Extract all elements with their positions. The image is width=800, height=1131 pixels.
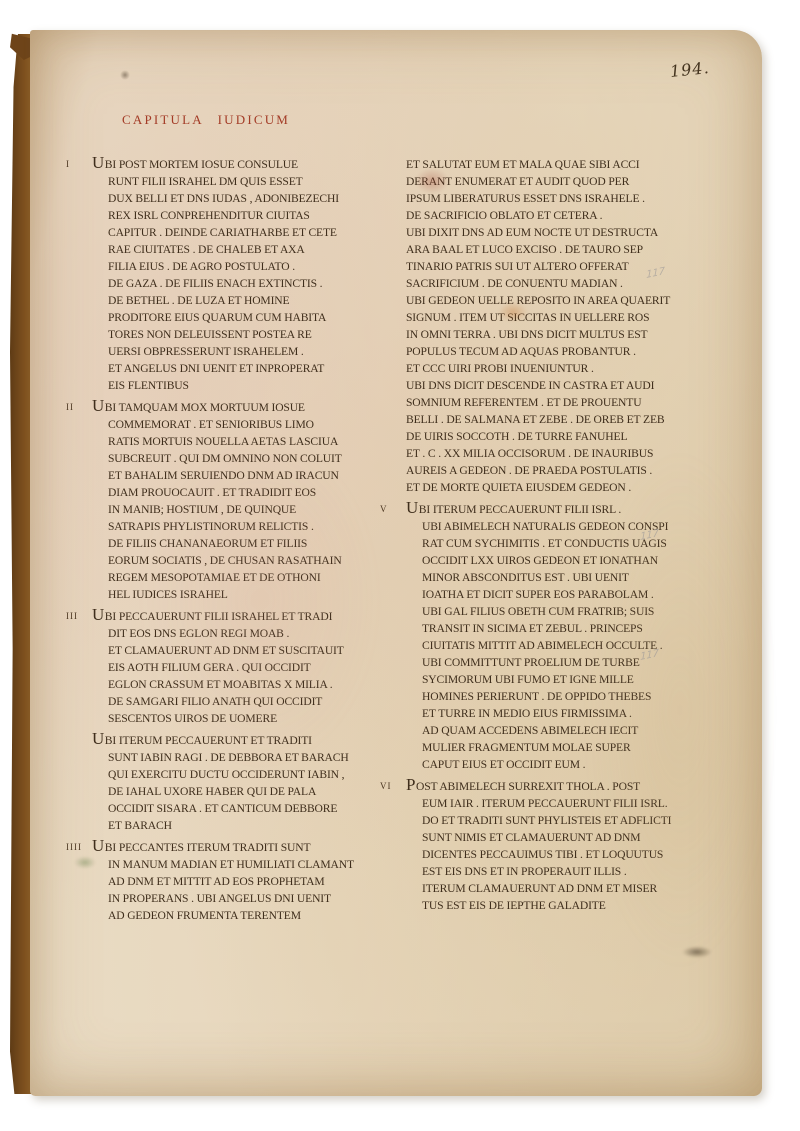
text-line: ET DE MORTE QUIETA EIUSDEM GEDEON .	[406, 479, 726, 496]
capitulum-section: IIUBI TAMQUAM MOX MORTUUM IOSUECOMMEMORA…	[92, 399, 412, 603]
text-column-left: IUBI POST MORTEM IOSUE CONSULUERUNT FILI…	[92, 156, 412, 929]
capitulum-section: IIIUBI PECCAUERUNT FILII ISRAHEL ET TRAD…	[92, 608, 412, 727]
text-line: SUNT NIMIS ET CLAMAUERUNT AD DNM	[406, 829, 726, 846]
text-line: CIUITATIS MITTIT AD ABIMELECH OCCULTE .	[406, 637, 726, 654]
text-line: RAT CUM SYCHIMITIS . ET CONDUCTIS UAGIS	[406, 535, 726, 552]
text-line: UBI DIXIT DNS AD EUM NOCTE UT DESTRUCTA	[406, 224, 726, 241]
text-line: DE IAHAL UXORE HABER QUI DE PALA	[92, 783, 412, 800]
text-line: TINARIO PATRIS SUI UT ALTERO OFFERAT	[406, 258, 726, 275]
text-line: FILIA EIUS . DE AGRO POSTULATO .	[92, 258, 412, 275]
capitulum-section: ET SALUTAT EUM ET MALA QUAE SIBI ACCIDER…	[406, 156, 726, 496]
text-line: OCCIDIT LXX UIROS GEDEON ET IONATHAN	[406, 552, 726, 569]
text-line: UBI PECCANTES ITERUM TRADITI SUNT	[92, 839, 412, 856]
text-line: IOATHA ET DICIT SUPER EOS PARABOLAM .	[406, 586, 726, 603]
text-line: UBI COMMITTUNT PROELIUM DE TURBE	[406, 654, 726, 671]
text-line: UBI TAMQUAM MOX MORTUUM IOSUE	[92, 399, 412, 416]
parchment-stain	[682, 946, 712, 958]
text-line: ET ANGELUS DNI UENIT ET INPROPERAT	[92, 360, 412, 377]
section-numeral: II	[66, 402, 74, 412]
text-line: AD GEDEON FRUMENTA TERENTEM	[92, 907, 412, 924]
text-line: ET SALUTAT EUM ET MALA QUAE SIBI ACCI	[406, 156, 726, 173]
text-line: EGLON CRASSUM ET MOABITAS X MILIA .	[92, 676, 412, 693]
text-line: IPSUM LIBERATURUS ESSET DNS ISRAHELE .	[406, 190, 726, 207]
page-number: 194.	[669, 58, 710, 81]
text-line: AD DNM ET MITTIT AD EOS PROPHETAM	[92, 873, 412, 890]
text-column-right: ET SALUTAT EUM ET MALA QUAE SIBI ACCIDER…	[406, 156, 726, 919]
text-line: DERANT ENUMERAT ET AUDIT QUOD PER	[406, 173, 726, 190]
text-line: DO ET TRADITI SUNT PHYLISTEIS ET ADFLICT…	[406, 812, 726, 829]
text-line: RATIS MORTUIS NOUELLA AETAS LASCIUA	[92, 433, 412, 450]
text-line: UBI GEDEON UELLE REPOSITO IN AREA QUAERI…	[406, 292, 726, 309]
text-line: IN OMNI TERRA . UBI DNS DICIT MULTUS EST	[406, 326, 726, 343]
text-line: SOMNIUM REFERENTEM . ET DE PROUENTU	[406, 394, 726, 411]
text-line: UBI ITERUM PECCAUERUNT ET TRADITI	[92, 732, 412, 749]
text-line: DIAM PROUOCAUIT . ET TRADIDIT EOS	[92, 484, 412, 501]
text-line: ET . C . XX MILIA OCCISORUM . DE INAURIB…	[406, 445, 726, 462]
text-line: UBI DNS DICIT DESCENDE IN CASTRA ET AUDI	[406, 377, 726, 394]
text-line: UERSI OBPRESSERUNT ISRAHELEM .	[92, 343, 412, 360]
text-line: MULIER FRAGMENTUM MOLAE SUPER	[406, 739, 726, 756]
text-line: DIT EOS DNS EGLON REGI MOAB .	[92, 625, 412, 642]
section-numeral: III	[66, 611, 78, 621]
text-line: SUBCREUIT . QUI DM OMNINO NON COLUIT	[92, 450, 412, 467]
text-line: UBI ITERUM PECCAUERUNT FILII ISRL .	[406, 501, 726, 518]
text-line: IN PROPERANS . UBI ANGELUS DNI UENIT	[92, 890, 412, 907]
manuscript-photo: 194. CAPITULA IUDICUM IUBI POST MORTEM I…	[0, 0, 800, 1131]
text-line: POPULUS TECUM AD AQUAS PROBANTUR .	[406, 343, 726, 360]
text-line: ET BAHALIM SERUIENDO DNM AD IRACUN	[92, 467, 412, 484]
text-line: TUS EST EIS DE IEPTHE GALADITE	[406, 897, 726, 914]
text-line: UBI ABIMELECH NATURALIS GEDEON CONSPI	[406, 518, 726, 535]
text-line: QUI EXERCITU DUCTU OCCIDERUNT IABIN ,	[92, 766, 412, 783]
text-line: SIGNUM . ITEM UT SICCITAS IN UELLERE ROS	[406, 309, 726, 326]
text-line: DUX BELLI ET DNS IUDAS , ADONIBEZECHI	[92, 190, 412, 207]
text-line: BELLI . DE SALMANA ET ZEBE . DE OREB ET …	[406, 411, 726, 428]
text-line: AUREIS A GEDEON . DE PRAEDA POSTULATIS .	[406, 462, 726, 479]
text-line: COMMEMORAT . ET SENIORIBUS LIMO	[92, 416, 412, 433]
text-line: TRANSIT IN SICIMA ET ZEBUL . PRINCEPS	[406, 620, 726, 637]
text-line: RAE CIUITATES . DE CHALEB ET AXA	[92, 241, 412, 258]
text-line: DE BETHEL . DE LUZA ET HOMINE	[92, 292, 412, 309]
text-line: DE UIRIS SOCCOTH . DE TURRE FANUHEL	[406, 428, 726, 445]
capitulum-section: IIIIUBI PECCANTES ITERUM TRADITI SUNTIN …	[92, 839, 412, 924]
text-line: HOMINES PERIERUNT . DE OPPIDO THEBES	[406, 688, 726, 705]
text-line: DICENTES PECCAUIMUS TIBI . ET LOQUUTUS	[406, 846, 726, 863]
text-line: ET BARACH	[92, 817, 412, 834]
text-line: HEL IUDICES ISRAHEL	[92, 586, 412, 603]
text-line: REGEM MESOPOTAMIAE ET DE OTHONI	[92, 569, 412, 586]
text-line: POST ABIMELECH SURREXIT THOLA . POST	[406, 778, 726, 795]
text-line: CAPITUR . DEINDE CARIATHARBE ET CETE	[92, 224, 412, 241]
text-line: ARA BAAL ET LUCO EXCISO . DE TAURO SEP	[406, 241, 726, 258]
text-line: UBI PECCAUERUNT FILII ISRAHEL ET TRADI	[92, 608, 412, 625]
text-line: IN MANIB; HOSTIUM , DE QUINQUE	[92, 501, 412, 518]
text-line: AD QUAM ACCEDENS ABIMELECH IECIT	[406, 722, 726, 739]
text-line: UBI POST MORTEM IOSUE CONSULUE	[92, 156, 412, 173]
text-line: DE SAMGARI FILIO ANATH QUI OCCIDIT	[92, 693, 412, 710]
text-line: DE FILIIS CHANANAEORUM ET FILIIS	[92, 535, 412, 552]
text-line: SYCIMORUM UBI FUMO ET IGNE MILLE	[406, 671, 726, 688]
text-line: PRODITORE EIUS QUARUM CUM HABITA	[92, 309, 412, 326]
capitulum-section: VUBI ITERUM PECCAUERUNT FILII ISRL .UBI …	[406, 501, 726, 773]
text-line: EUM IAIR . ITERUM PECCAUERUNT FILII ISRL…	[406, 795, 726, 812]
text-line: SESCENTOS UIROS DE UOMERE	[92, 710, 412, 727]
text-line: RUNT FILII ISRAHEL DM QUIS ESSET	[92, 173, 412, 190]
section-numeral: I	[66, 159, 70, 169]
text-line: ET CLAMAUERUNT AD DNM ET SUSCITAUIT	[92, 642, 412, 659]
text-line: TORES NON DELEUISSENT POSTEA RE	[92, 326, 412, 343]
text-line: EIS FLENTIBUS	[92, 377, 412, 394]
section-numeral: V	[380, 504, 388, 514]
capitulum-section: IUBI POST MORTEM IOSUE CONSULUERUNT FILI…	[92, 156, 412, 394]
text-line: DE SACRIFICIO OBLATO ET CETERA .	[406, 207, 726, 224]
text-line: ITERUM CLAMAUERUNT AD DNM ET MISER	[406, 880, 726, 897]
capitulum-section: UBI ITERUM PECCAUERUNT ET TRADITISUNT IA…	[92, 732, 412, 834]
text-line: SATRAPIS PHYLISTINORUM RELICTIS .	[92, 518, 412, 535]
text-line: MINOR ABSCONDITUS EST . UBI UENIT	[406, 569, 726, 586]
text-line: OCCIDIT SISARA . ET CANTICUM DEBBORE	[92, 800, 412, 817]
text-line: EST EIS DNS ET IN PROPERAUIT ILLIS .	[406, 863, 726, 880]
section-numeral: IIII	[66, 842, 82, 852]
manuscript-page: 194. CAPITULA IUDICUM IUBI POST MORTEM I…	[30, 30, 762, 1096]
chapter-heading: CAPITULA IUDICUM	[122, 112, 290, 128]
parchment-stain	[120, 70, 130, 80]
text-line: CAPUT EIUS ET OCCIDIT EUM .	[406, 756, 726, 773]
text-line: SUNT IABIN RAGI . DE DEBBORA ET BARACH	[92, 749, 412, 766]
text-line: ET TURRE IN MEDIO EIUS FIRMISSIMA .	[406, 705, 726, 722]
capitulum-section: VIPOST ABIMELECH SURREXIT THOLA . POSTEU…	[406, 778, 726, 914]
text-line: ET CCC UIRI PROBI INUENIUNTUR .	[406, 360, 726, 377]
text-line: UBI GAL FILIUS OBETH CUM FRATRIB; SUIS	[406, 603, 726, 620]
text-line: EORUM SOCIATIS , DE CHUSAN RASATHAIN	[92, 552, 412, 569]
text-line: SACRIFICIUM . DE CONUENTU MADIAN .	[406, 275, 726, 292]
text-line: IN MANUM MADIAN ET HUMILIATI CLAMANT	[92, 856, 412, 873]
text-line: DE GAZA . DE FILIIS ENACH EXTINCTIS .	[92, 275, 412, 292]
section-numeral: VI	[380, 781, 392, 791]
text-line: EIS AOTH FILIUM GERA . QUI OCCIDIT	[92, 659, 412, 676]
text-line: REX ISRL CONPREHENDITUR CIUITAS	[92, 207, 412, 224]
